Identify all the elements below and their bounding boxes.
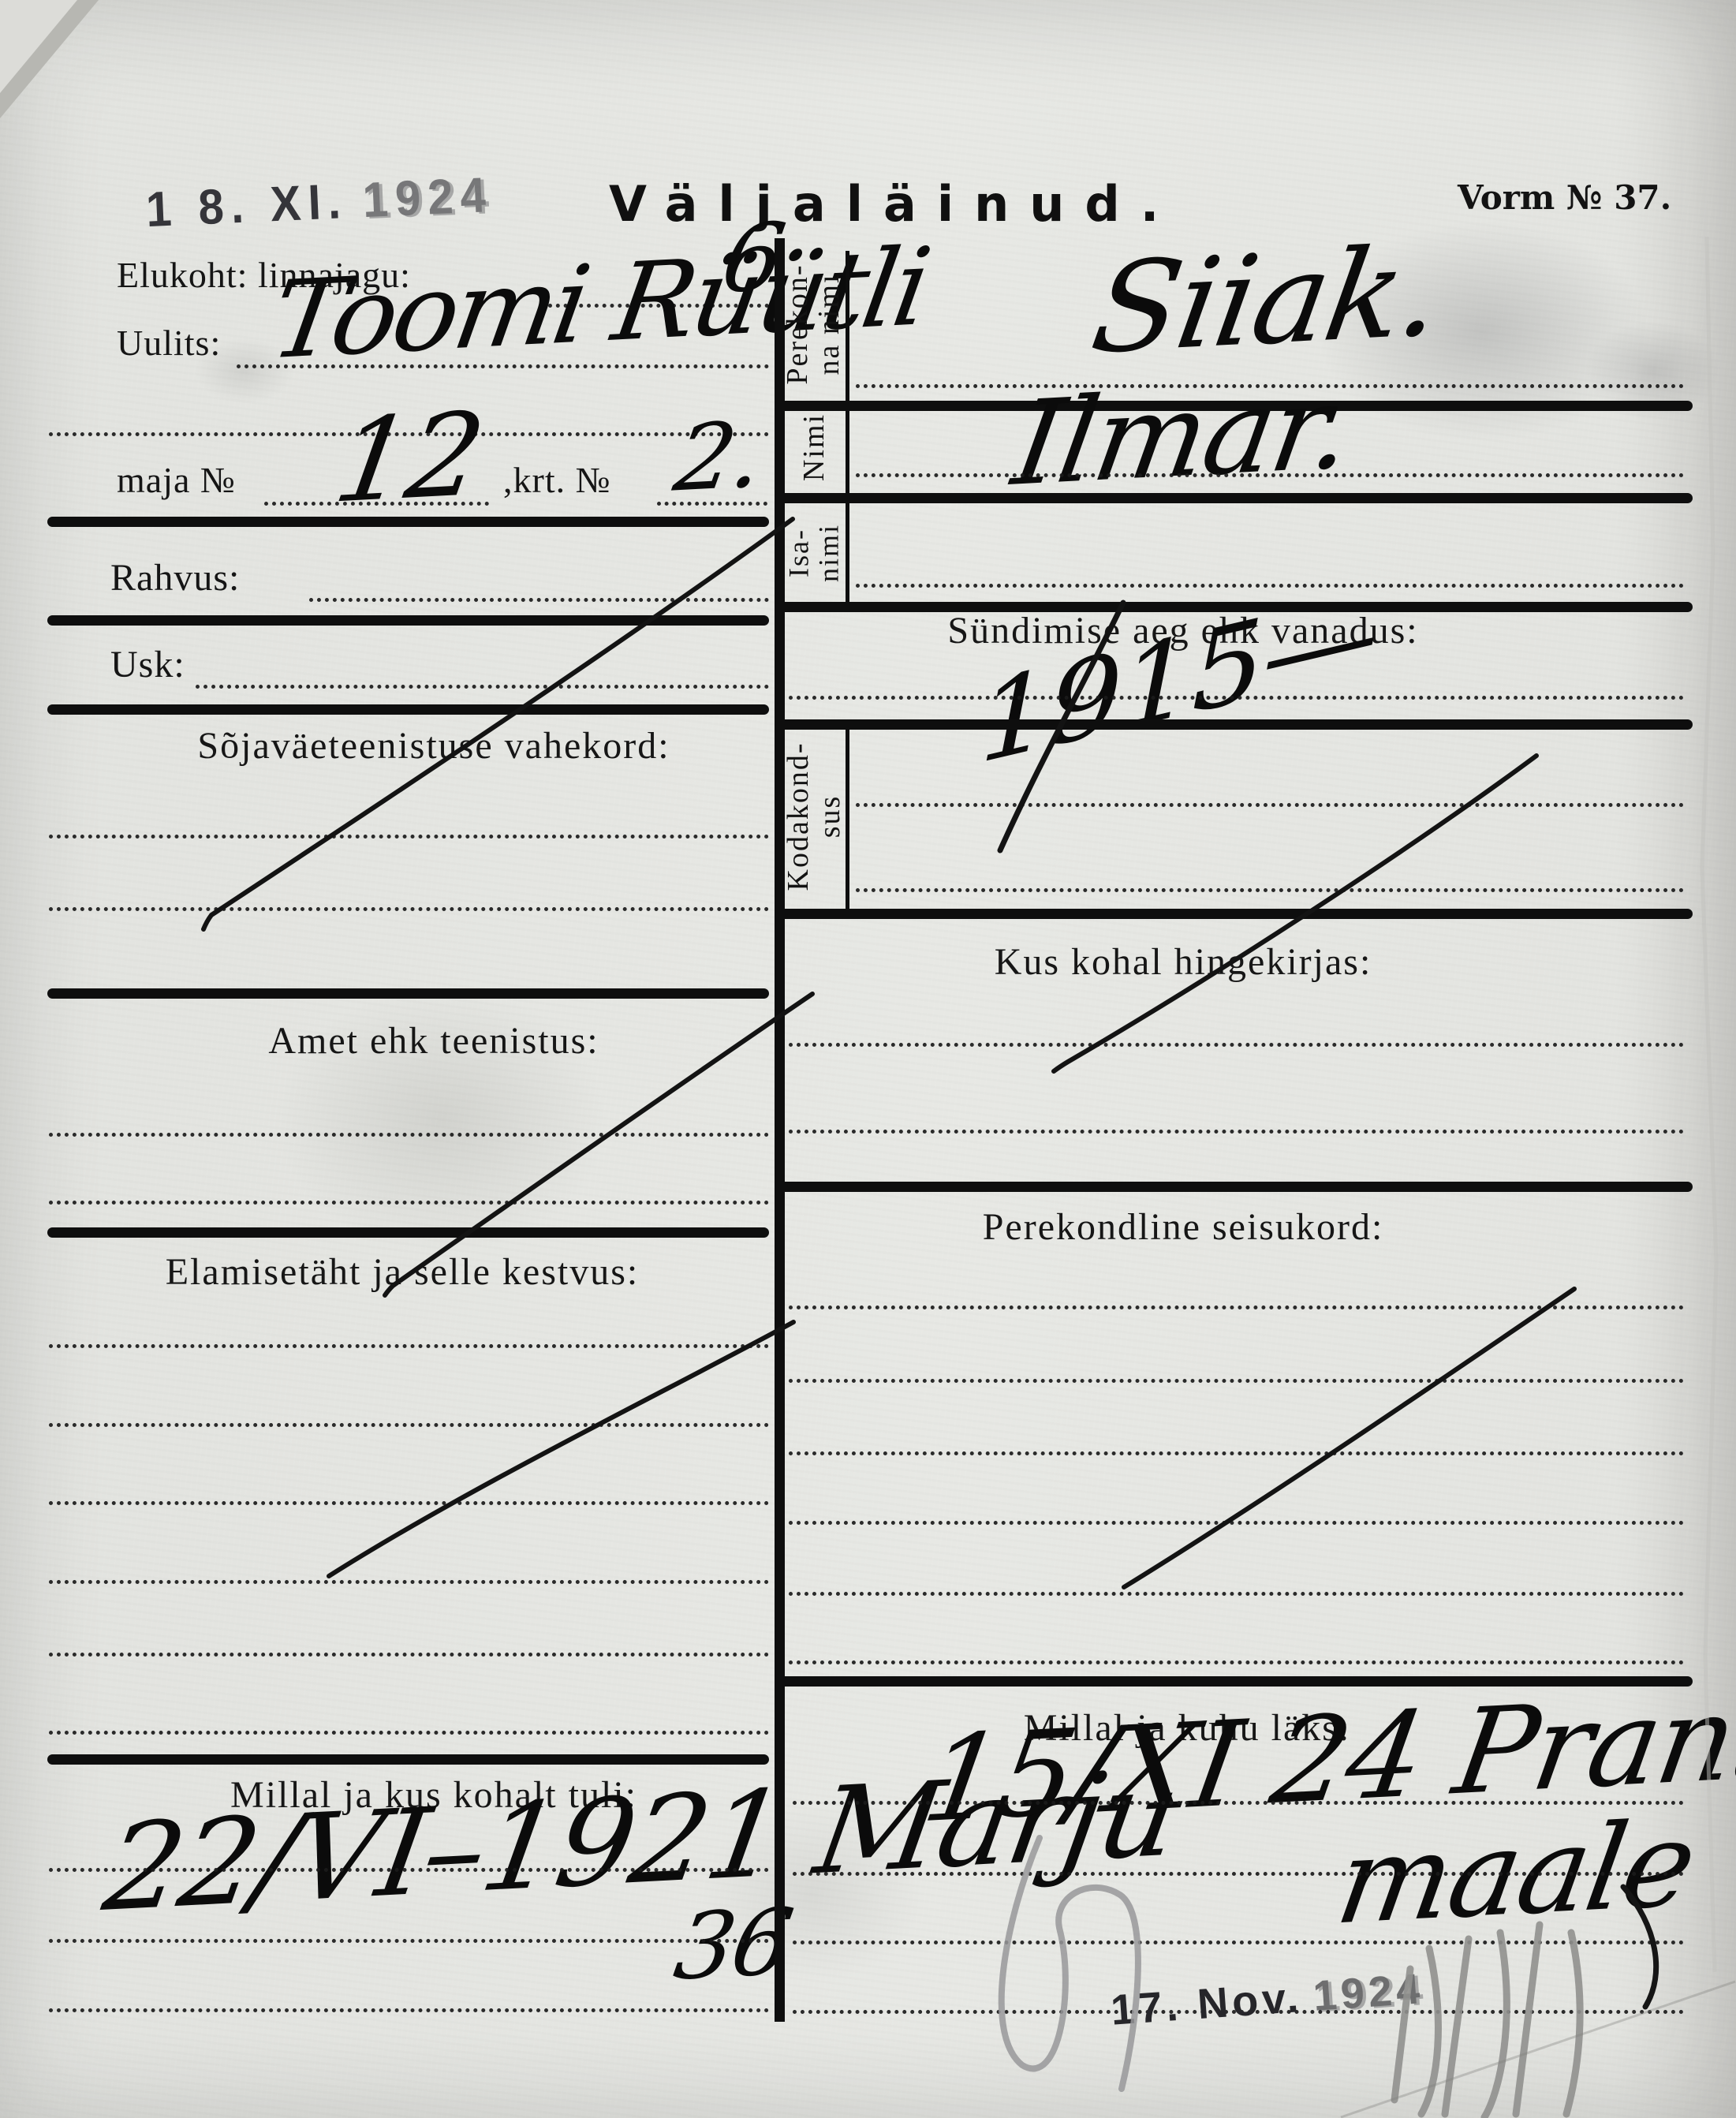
registration-card: 1 8. XI. 1924 Väljaläinud. 6 Vorm № 37. … <box>0 0 1736 2118</box>
pencil-signature-right <box>1394 1925 1580 2117</box>
dotted-line-family-1 <box>789 1306 1684 1309</box>
dotted-line-birth <box>789 696 1684 700</box>
dotted-line-occupation-1 <box>49 1133 769 1137</box>
dotted-line-family-5 <box>789 1592 1684 1596</box>
rule-under-usk <box>47 704 769 715</box>
torn-corner-inner <box>0 0 77 93</box>
dotted-line-uulits <box>237 364 769 368</box>
rule-under-rahvus <box>47 615 769 626</box>
column-divider <box>775 238 785 2022</box>
label-maja: maja № <box>117 459 236 501</box>
label-father-name: Isa- nimi <box>781 508 849 599</box>
dotted-line-departed-3 <box>793 1941 1684 1944</box>
dotted-line-arrived-2 <box>49 1939 769 1943</box>
dotted-line-family-3 <box>789 1451 1684 1455</box>
dotted-line-family-6 <box>789 1660 1684 1664</box>
dotted-line-departed-2 <box>793 1872 1684 1876</box>
rule-under-birth <box>775 719 1693 730</box>
dotted-line-citizenship-1 <box>856 803 1684 807</box>
dotted-line-arrived-1 <box>49 1868 769 1872</box>
date-stamp-bottom-day: 17. Nov. <box>1109 1974 1304 2034</box>
dotted-line-citizenship-2 <box>856 888 1684 892</box>
rule-under-name <box>775 493 1693 503</box>
dotted-line-krt <box>657 502 767 506</box>
page-title: Väljaläinud. <box>609 175 1179 233</box>
rule-under-military <box>47 988 769 999</box>
form-number: Vorm № 37. <box>1458 178 1671 217</box>
rule-under-occupation <box>47 1227 769 1238</box>
dotted-line-rahvus <box>309 598 769 602</box>
handwriting-apartment-number: 2. <box>669 409 767 505</box>
handwriting-surname: Siiak. <box>1085 230 1448 372</box>
dotted-line-usk <box>196 685 769 689</box>
date-stamp-bottom-year: 1924 <box>1312 1965 1425 2020</box>
rule-under-citizenship <box>775 909 1693 919</box>
dotted-line-occupation-2 <box>49 1201 769 1205</box>
header-occupation: Amet ehk teenistus: <box>71 1019 797 1063</box>
label-uulits: Uulits: <box>117 322 221 364</box>
label-surname: Perekon- na nimi <box>780 249 848 399</box>
rule-under-address <box>47 517 769 527</box>
dotted-line-permit-2 <box>49 1423 769 1427</box>
label-krt: ,krt. № <box>503 459 611 501</box>
date-stamp-bottom: 17. Nov. 1924 <box>1110 1967 1425 2032</box>
rule-under-registry <box>775 1182 1693 1192</box>
header-residence-permit: Elamisetäht ja selle kestvus: <box>39 1250 765 1294</box>
header-family-status: Perekondline seisukord: <box>789 1205 1577 1249</box>
dotted-line-maja <box>264 502 489 506</box>
date-stamp-top-year: 1924 <box>361 167 494 228</box>
slash-stroke-right-2 <box>1124 1289 1574 1587</box>
dotted-line-permit-5 <box>49 1653 769 1657</box>
date-stamp-top-day: 1 8. XI. <box>145 174 349 237</box>
label-rahvus: Rahvus: <box>110 556 240 600</box>
dotted-line-departed-1 <box>793 1801 1684 1805</box>
label-citizenship: Kodakond- sus <box>781 726 849 907</box>
label-usk: Usk: <box>110 643 185 686</box>
header-registry: Kus kohal hingekirjas: <box>789 940 1577 984</box>
dotted-line-permit-1 <box>49 1344 769 1348</box>
dotted-line-father-name <box>856 584 1684 588</box>
dotted-line-military-2 <box>49 907 769 911</box>
dotted-line-military-1 <box>49 835 769 839</box>
dotted-line-family-2 <box>789 1379 1684 1383</box>
header-military-service: Sõjaväeteenistuse vahekord: <box>71 724 797 768</box>
dotted-line-registry-1 <box>789 1043 1684 1047</box>
dotted-line-arrived-3 <box>49 2008 769 2012</box>
dotted-line-permit-6 <box>49 1731 769 1735</box>
dotted-line-permit-3 <box>49 1501 769 1505</box>
dotted-line-family-4 <box>789 1521 1684 1525</box>
dotted-line-name <box>856 473 1684 477</box>
label-name: Nimi <box>781 400 849 495</box>
rule-under-permit <box>47 1754 769 1765</box>
slash-stroke-left-3 <box>329 1322 793 1576</box>
dotted-line-permit-4 <box>49 1580 769 1584</box>
dotted-line-registry-2 <box>789 1130 1684 1134</box>
date-stamp-top: 1 8. XI. 1924 <box>145 170 494 235</box>
handwriting-name: Ilmar. <box>1006 368 1358 502</box>
